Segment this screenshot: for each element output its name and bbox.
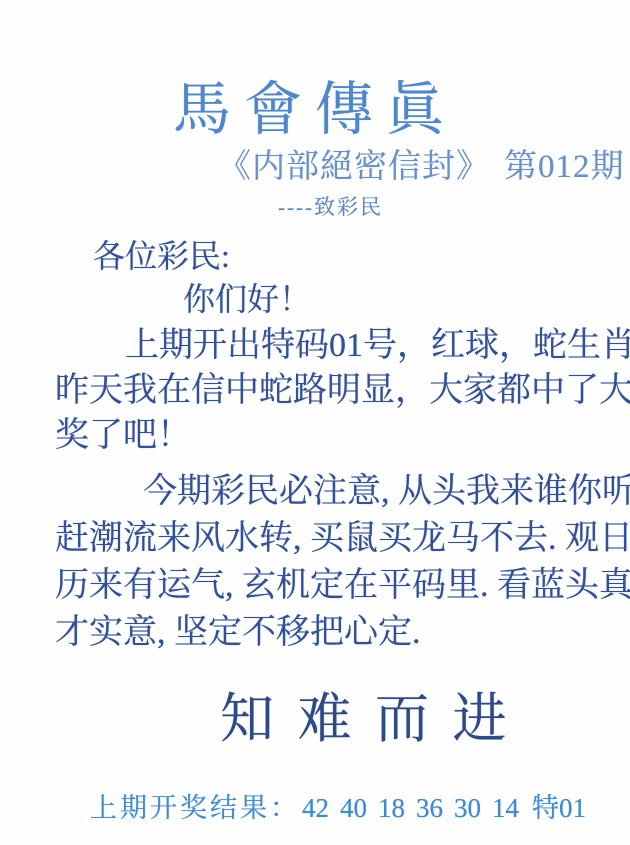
result-number: 14	[492, 793, 519, 824]
paragraph-line: 今期彩民必注意, 从头我来谁你听,	[55, 468, 620, 515]
special-number: 特01	[532, 786, 586, 825]
dedication-line: ----致彩民	[278, 191, 383, 221]
paragraph-line: 奖了吧！	[55, 413, 620, 458]
result-number: 36	[416, 793, 443, 824]
result-number: 18	[378, 793, 405, 824]
special-number-label: 特	[532, 793, 559, 823]
paragraph-this-draw-tips: 今期彩民必注意, 从头我来谁你听, 赶潮流来风水转, 买鼠买龙马不去. 观日 历…	[55, 468, 620, 656]
motto: 知 难 而 进	[220, 676, 512, 753]
result-label: 上期开奖结果：	[90, 793, 300, 823]
page-title: 馬會傳眞	[0, 62, 630, 146]
fax-letter-page: 馬會傳眞 《内部絕密信封》第012期 ----致彩民 各位彩民: 你们好！ 上期…	[0, 0, 630, 845]
paragraph-line: 昨天我在信中蛇路明显，大家都中了大	[55, 368, 620, 413]
salutation: 各位彩民:	[93, 231, 230, 277]
paragraph-last-draw: 上期开出特码01号，红球，蛇生肖。 昨天我在信中蛇路明显，大家都中了大 奖了吧！	[55, 323, 620, 458]
issue-subtitle: 《内部絕密信封》第012期	[218, 140, 625, 187]
paragraph-line: 才实意, 坚定不移把心定.	[55, 609, 620, 656]
paragraph-line: 历来有运气, 玄机定在平码里. 看蓝头真	[55, 562, 620, 609]
result-number: 30	[454, 793, 481, 824]
issue-envelope-label: 《内部絕密信封》	[218, 149, 490, 185]
result-number: 42	[302, 793, 329, 824]
paragraph-line: 赶潮流来风水转, 买鼠买龙马不去. 观日	[55, 515, 620, 562]
issue-number: 第012期	[504, 149, 625, 185]
greeting: 你们好！	[183, 274, 311, 320]
previous-draw-result: 上期开奖结果：424018363014特01	[90, 786, 586, 825]
special-number-value: 01	[559, 793, 586, 823]
paragraph-line: 上期开出特码01号，红球，蛇生肖。	[55, 323, 620, 368]
result-number: 40	[340, 793, 367, 824]
